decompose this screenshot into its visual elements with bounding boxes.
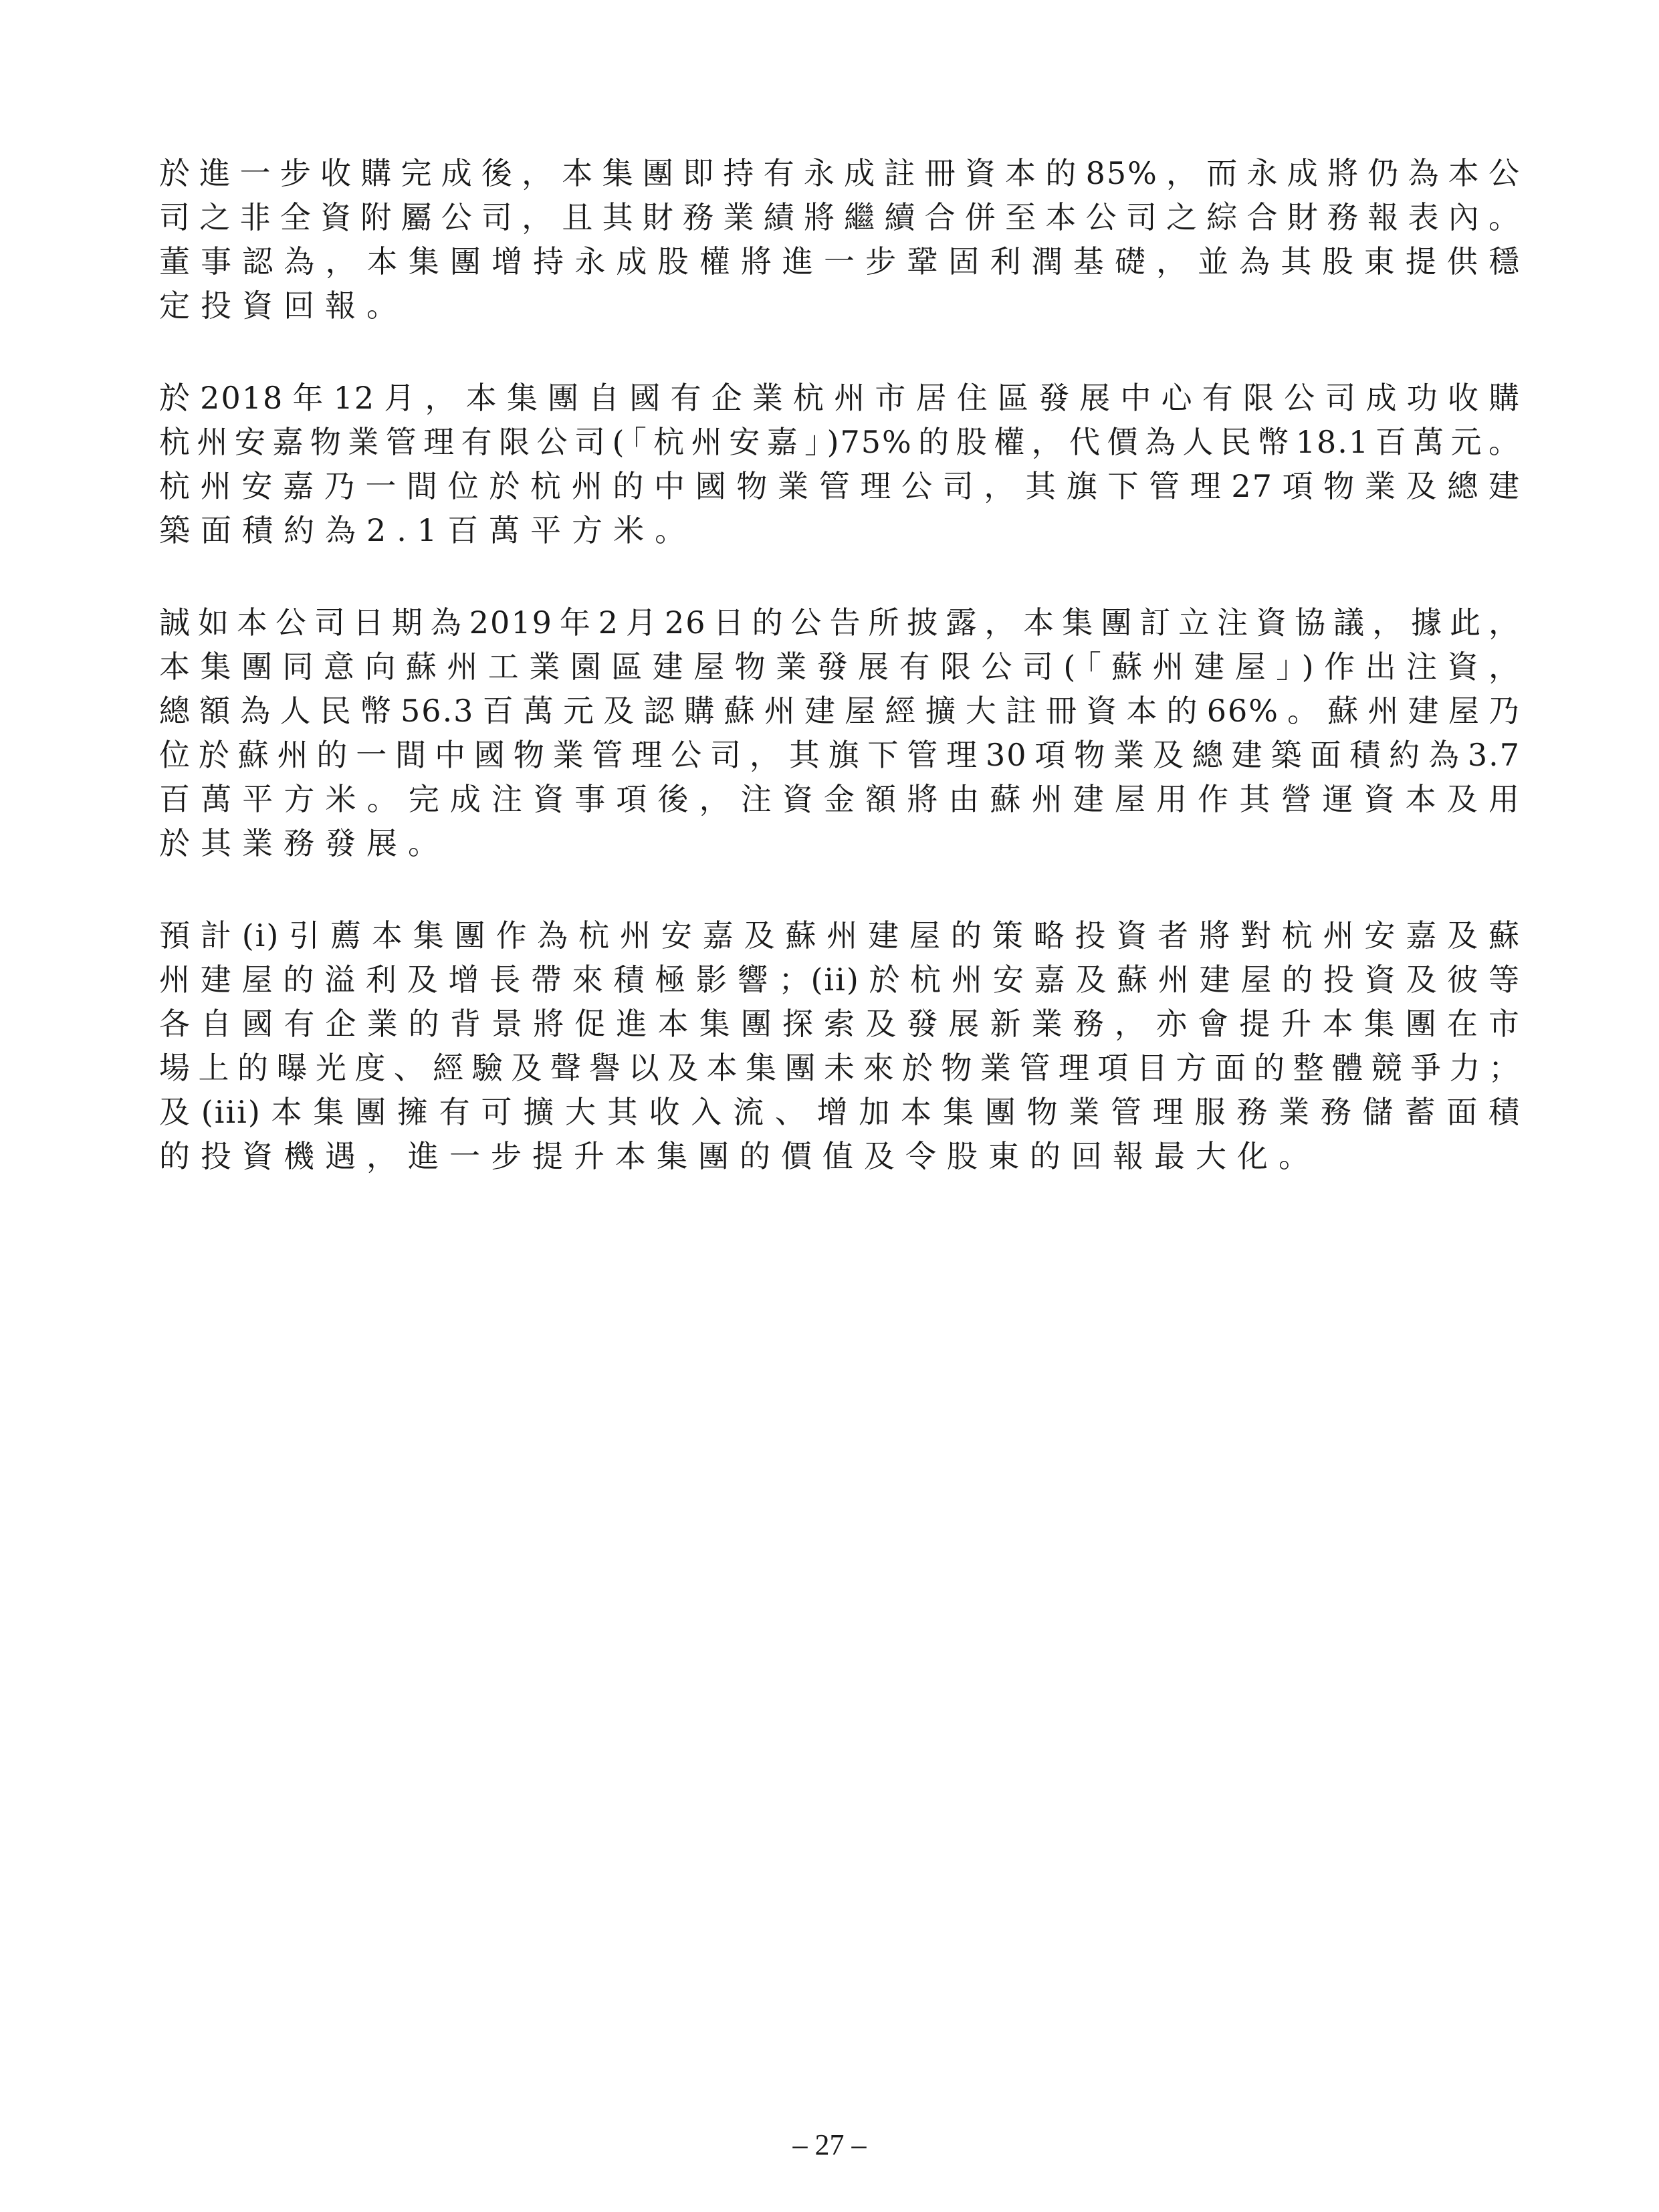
text-line: 的投資機遇，進一步提升本集團的價值及令股東的回報最大化。	[159, 1134, 1521, 1178]
text-line: 百萬平方米。完成注資事項後，注資金額將由蘇州建屋用作其營運資本及用	[159, 777, 1521, 821]
text-line: 杭州安嘉物業管理有限公司(「杭州安嘉」)75%的股權，代價為人民幣18.1百萬元…	[159, 420, 1521, 464]
text-line: 本集團同意向蘇州工業園區建屋物業發展有限公司(「蘇州建屋」)作出注資，	[159, 645, 1521, 689]
page-number: – 27 –	[0, 2125, 1659, 2165]
paragraph-suzhou-capital-injection: 誠如本公司日期為2019年2月26日的公告所披露，本集團訂立注資協議，據此， 本…	[159, 600, 1521, 865]
text-line: 位於蘇州的一間中國物業管理公司，其旗下管理30項物業及總建築面積約為3.7	[159, 733, 1521, 777]
text-line: 築面積約為2.1百萬平方米。	[159, 508, 1521, 552]
text-line: 總額為人民幣56.3百萬元及認購蘇州建屋經擴大註冊資本的66%。蘇州建屋乃	[159, 689, 1521, 733]
text-line: 及(iii)本集團擁有可擴大其收入流、增加本集團物業管理服務業務儲蓄面積	[159, 1090, 1521, 1134]
text-line: 州建屋的溢利及增長帶來積極影響；(ii)於杭州安嘉及蘇州建屋的投資及彼等	[159, 958, 1521, 1002]
text-line: 場上的曝光度、經驗及聲譽以及本集團未來於物業管理項目方面的整體競爭力；	[159, 1046, 1521, 1090]
paragraph-hangzhou-anjia-acquisition: 於2018年12月，本集團自國有企業杭州市居住區發展中心有限公司成功收購 杭州安…	[159, 376, 1521, 552]
paragraph-expected-benefits: 預計(i)引薦本集團作為杭州安嘉及蘇州建屋的策略投資者將對杭州安嘉及蘇 州建屋的…	[159, 913, 1521, 1178]
text-line: 於進一步收購完成後，本集團即持有永成註冊資本的85%，而永成將仍為本公	[159, 151, 1521, 195]
text-line: 董事認為，本集團增持永成股權將進一步鞏固利潤基礎，並為其股東提供穩	[159, 239, 1521, 284]
text-line: 於2018年12月，本集團自國有企業杭州市居住區發展中心有限公司成功收購	[159, 376, 1521, 420]
paragraph-further-acquisition: 於進一步收購完成後，本集團即持有永成註冊資本的85%，而永成將仍為本公 司之非全…	[159, 151, 1521, 328]
text-line: 司之非全資附屬公司，且其財務業績將繼續合併至本公司之綜合財務報表內。	[159, 195, 1521, 239]
document-body: 於進一步收購完成後，本集團即持有永成註冊資本的85%，而永成將仍為本公 司之非全…	[159, 151, 1521, 1226]
text-line: 於其業務發展。	[159, 821, 1521, 865]
text-line: 各自國有企業的背景將促進本集團探索及發展新業務，亦會提升本集團在市	[159, 1002, 1521, 1046]
text-line: 預計(i)引薦本集團作為杭州安嘉及蘇州建屋的策略投資者將對杭州安嘉及蘇	[159, 913, 1521, 958]
text-line: 誠如本公司日期為2019年2月26日的公告所披露，本集團訂立注資協議，據此，	[159, 600, 1521, 645]
text-line: 定投資回報。	[159, 284, 1521, 328]
text-line: 杭州安嘉乃一間位於杭州的中國物業管理公司，其旗下管理27項物業及總建	[159, 464, 1521, 508]
